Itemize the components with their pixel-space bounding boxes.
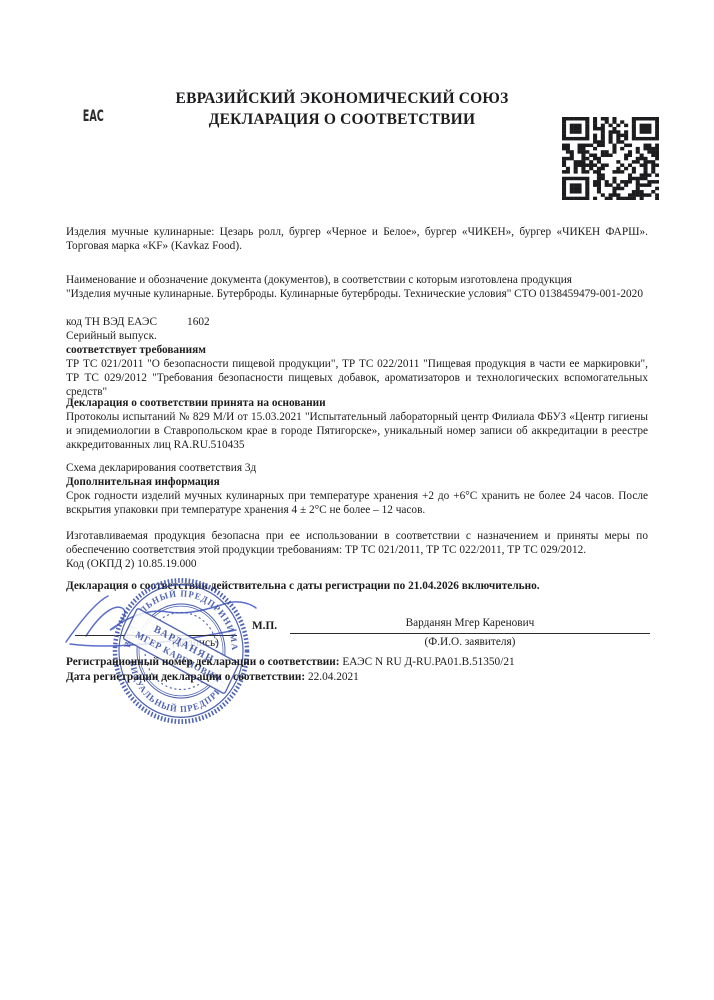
seal-place-label: М.П. [252, 620, 277, 634]
okpd-code: Код (ОКПД 2) 10.85.19.000 [66, 558, 648, 572]
declaration-document: ЕАС ЕВРАЗИЙСКИЙ ЭКОНОМИЧЕСКИЙ СОЮЗ ДЕКЛА… [0, 0, 714, 1000]
tnved-label: код ТН ВЭД ЕАЭС [66, 316, 157, 328]
registration-date-value: 22.04.2021 [308, 671, 359, 683]
product-description: Изделия мучные кулинарные: Цезарь ролл, … [66, 226, 648, 254]
product-description-text: Изделия мучные кулинарные: Цезарь ролл, … [66, 226, 648, 238]
entrepreneur-stamp: ИНДИВИДУАЛЬНЫЙ ПРЕДПРИНИМАТЕЛЬ ИНДИВИДУА… [109, 574, 253, 728]
serial-production: Серийный выпуск. [66, 330, 648, 344]
compliance-requirements: ТР ТС 021/2011 "О безопасности пищевой п… [66, 358, 648, 399]
applicant-name: Варданян Мгер Каренович [290, 617, 650, 631]
safety-text: Изготавливаемая продукция безопасна при … [66, 530, 648, 558]
manufacturing-document-intro: Наименование и обозначение документа (до… [66, 274, 648, 288]
basis-heading: Декларация о соответствии принята на осн… [66, 397, 648, 411]
qr-code-icon [562, 117, 659, 200]
manufacturing-document: Наименование и обозначение документа (до… [66, 274, 648, 302]
additional-info-heading: Дополнительная информация [66, 476, 648, 490]
doc-title-line1: ЕВРАЗИЙСКИЙ ЭКОНОМИЧЕСКИЙ СОЮЗ [0, 88, 699, 109]
registration-number-value: ЕАЭС N RU Д-RU.РА01.В.51350/21 [342, 656, 514, 668]
tnved-row: код ТН ВЭД ЕАЭС1602 [66, 316, 648, 330]
registration-date-line: Дата регистрации декларации о соответств… [66, 671, 648, 685]
compliance-heading: соответствует требованиям [66, 344, 648, 358]
registration-number-line: Регистрационный номер декларации о соотв… [66, 656, 648, 670]
shelf-life-text: Срок годности изделий мучных кулинарных … [66, 490, 648, 518]
applicant-caption: (Ф.И.О. заявителя) [290, 636, 650, 650]
basis-text: Протоколы испытаний № 829 М/И от 15.03.2… [66, 411, 648, 452]
manufacturing-document-value: "Изделия мучные кулинарные. Бутерброды. … [66, 288, 648, 302]
registration-date-label: Дата регистрации декларации о соответств… [66, 671, 305, 683]
declaration-scheme: Схема декларирования соответствия 3д [66, 462, 648, 476]
trademark-text: Торговая марка «KF» (Kavkaz Food). [66, 240, 242, 252]
tnved-value: 1602 [187, 316, 210, 328]
applicant-rule [290, 633, 650, 634]
registration-number-label: Регистрационный номер декларации о соотв… [66, 656, 340, 668]
